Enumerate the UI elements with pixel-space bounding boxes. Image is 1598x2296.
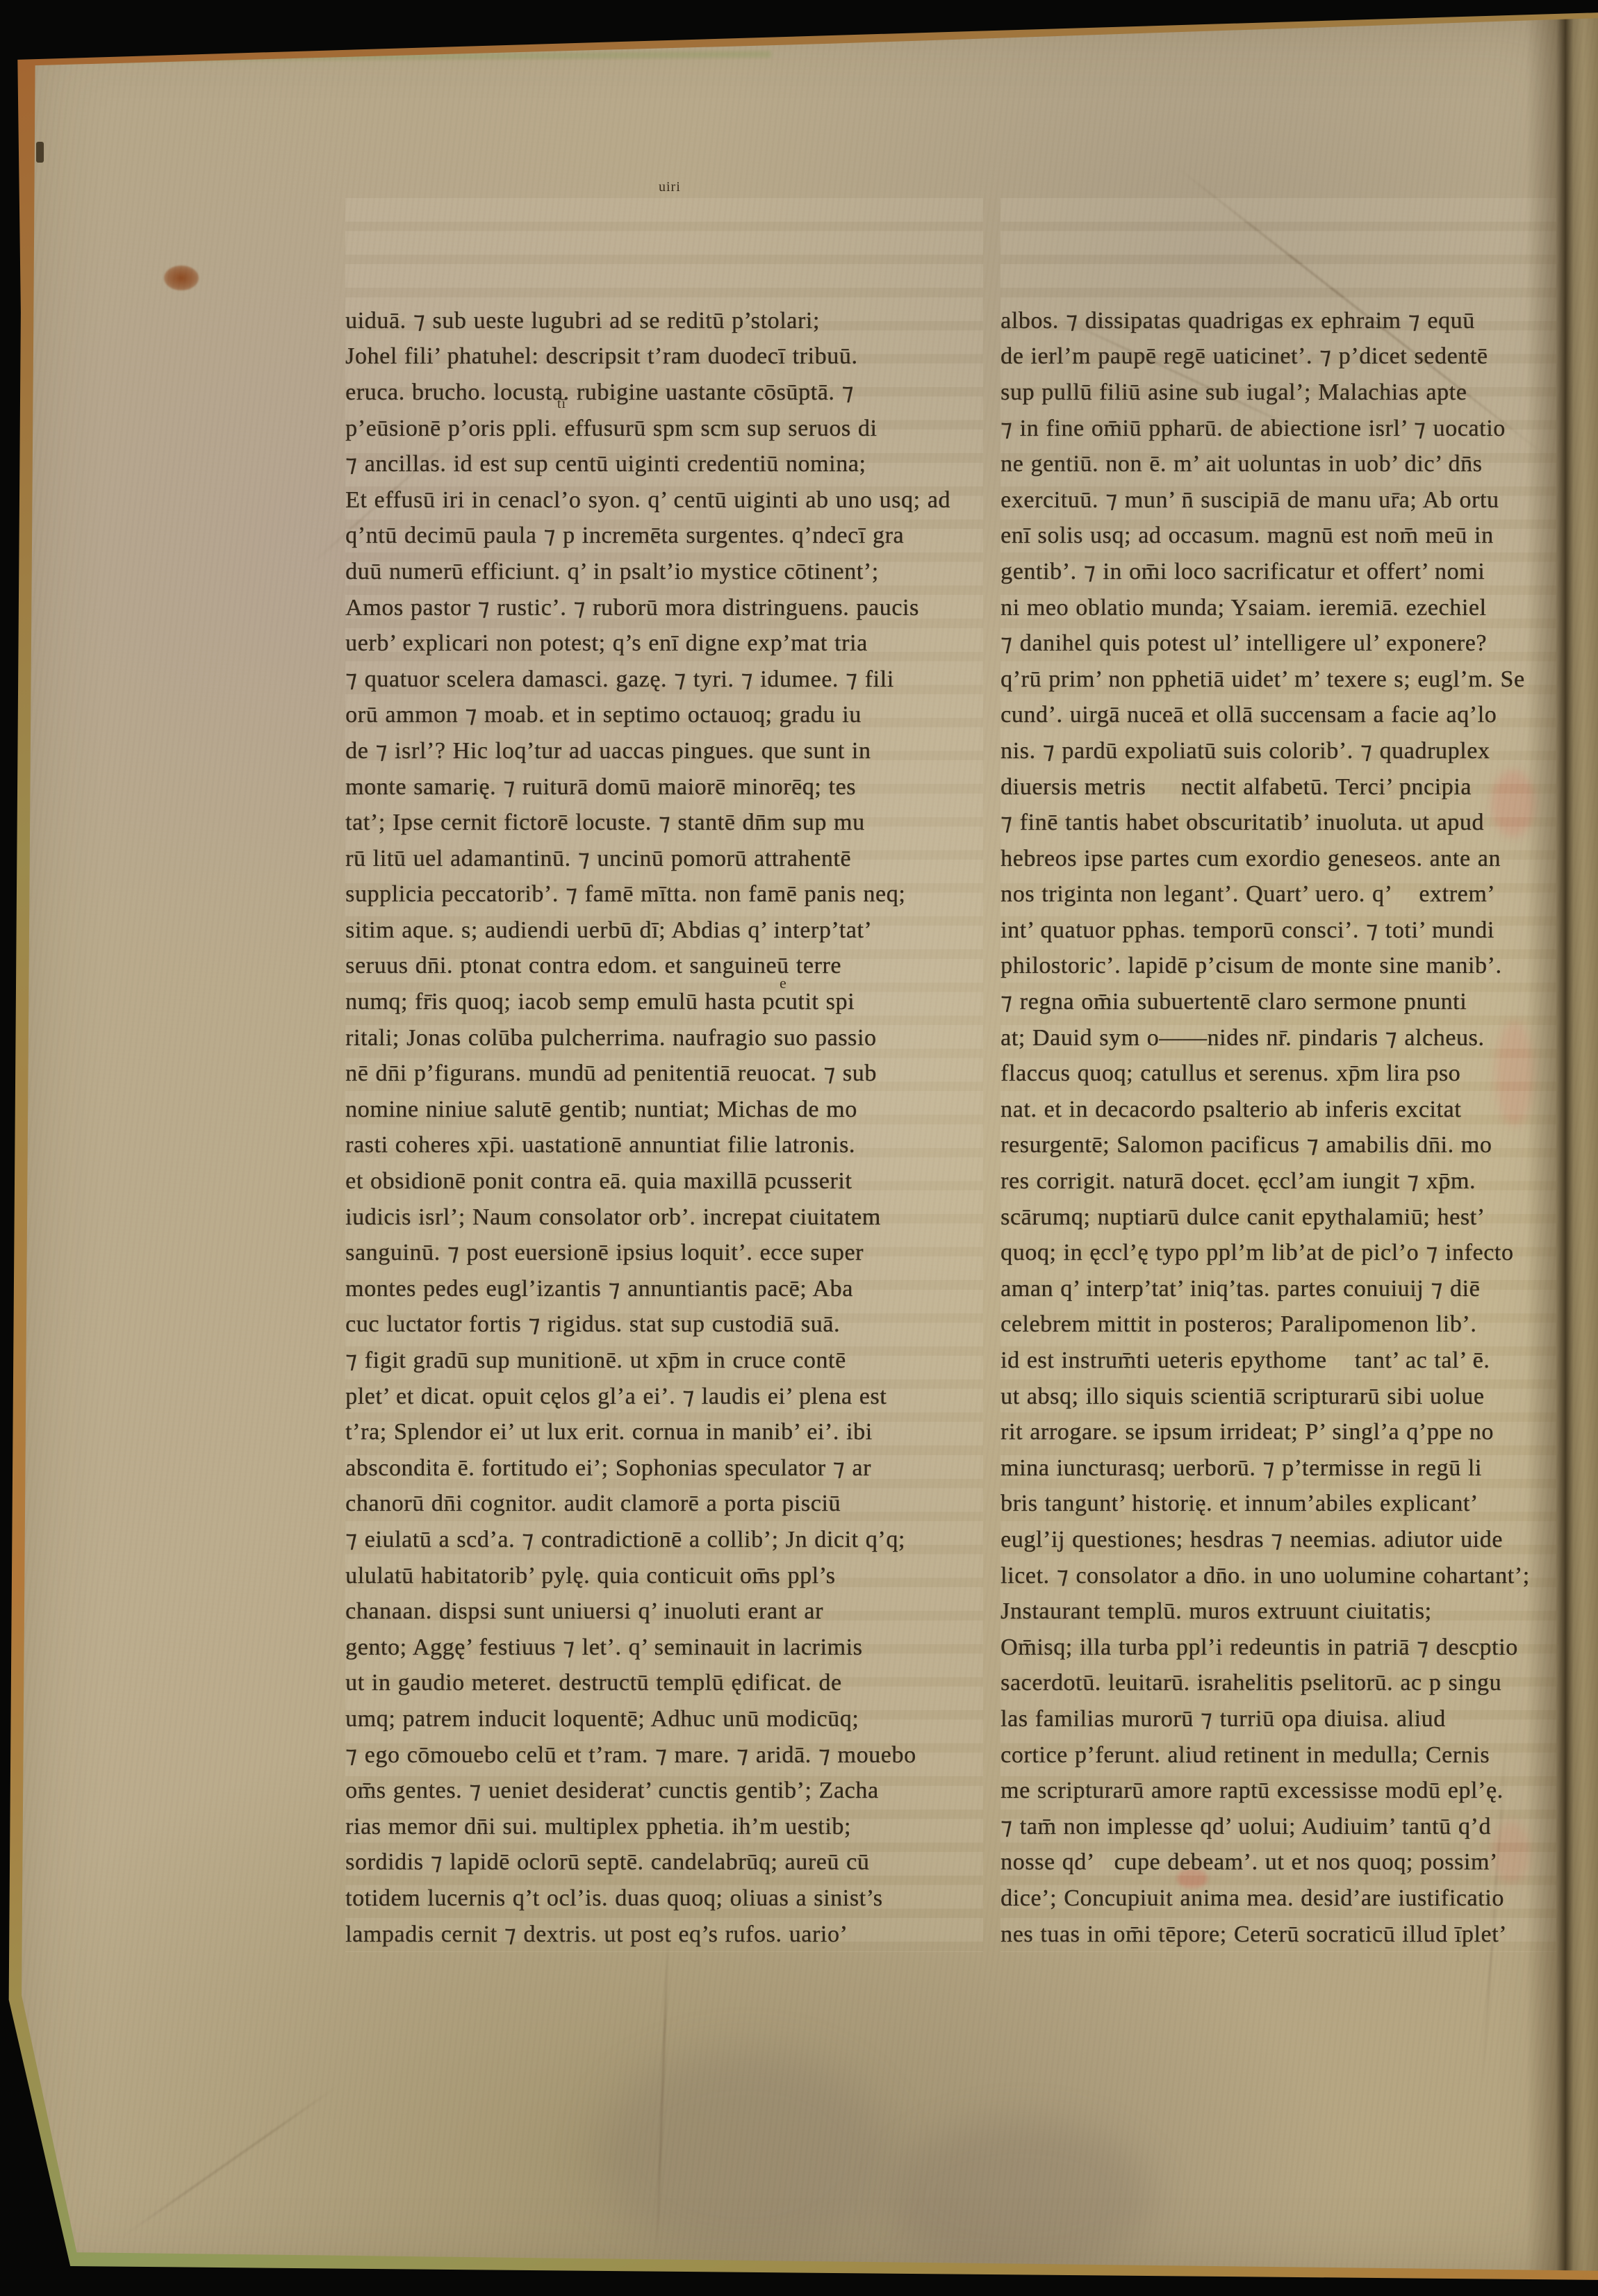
pink-stain: [1492, 1821, 1530, 1883]
edge-vignette: [0, 0, 1598, 2296]
manuscript-line: iudicis isrl’; Naum consolator orb’. inc…: [345, 1199, 983, 1236]
manuscript-line: sanguinū. ⁊ post euersionē ipsius loquit…: [345, 1235, 983, 1271]
parchment-crease: [312, 423, 468, 564]
manuscript-line: resurgentē; Salomon pacificus ⁊ amabilis…: [1000, 1127, 1556, 1163]
book-gutter-shadow: [1526, 0, 1598, 2296]
manuscript-line: seruus dn̄i. ptonat contra edom. et sang…: [345, 948, 983, 984]
manuscript-line: ⁊ quatuor scelera damasci. gazę. ⁊ tyri.…: [345, 662, 983, 698]
rust-stain: [164, 265, 199, 290]
manuscript-line: umq; patrem inducit loquentē; Adhuc unū …: [345, 1701, 983, 1737]
parchment-folio: uiduā. ⁊ sub ueste lugubri ad se reditū …: [0, 0, 1598, 2296]
manuscript-line: Jnstaurant templū. muros extruunt ciuita…: [1000, 1593, 1556, 1630]
text-column-left: uiduā. ⁊ sub ueste lugubri ad se reditū …: [345, 195, 983, 1952]
manuscript-line: quoq; in ęccl’ę typo ppl’m lib’at de pic…: [1000, 1235, 1556, 1271]
manuscript-line: plet’ et dicat. opuit cęlos gl’a ei’. ⁊ …: [345, 1379, 983, 1415]
manuscript-line: t’ra; Splendor ei’ ut lux erit. cornua i…: [345, 1414, 983, 1450]
manuscript-line: las familias murorū ⁊ turriū opa diuisa.…: [1000, 1701, 1556, 1737]
manuscript-line: sacerdotū. leuitarū. israhelitis pselito…: [1000, 1665, 1556, 1701]
manuscript-line: gento; Aggę’ festiuus ⁊ let’. q’ seminau…: [345, 1630, 983, 1666]
manuscript-line: mina iuncturasq; uerborū. ⁊ p’termisse i…: [1000, 1450, 1556, 1486]
manuscript-line: me scripturarū amore raptū excessisse mo…: [1000, 1773, 1556, 1809]
manuscript-line: celebrem mittit in posteros; Paralipomen…: [1000, 1306, 1556, 1343]
manuscript-line: duū numerū efficiunt. q’ in psalt’io mys…: [345, 554, 983, 590]
manuscript-line: rasti coheres xp̄i. uastationē annuntiat…: [345, 1127, 983, 1163]
parchment-crease: [656, 1925, 670, 2258]
manuscript-line: albos. ⁊ dissipatas quadrigas ex ephraim…: [1000, 303, 1556, 339]
manuscript-line: int’ quatuor pphas. temporū consci’. ⁊ t…: [1000, 912, 1556, 949]
manuscript-line: numq; fr̄is quoq; iacob semp emulū hasta…: [345, 984, 983, 1020]
manuscript-line: de ⁊ isrl’? Hic loq’tur ad uaccas pingue…: [345, 733, 983, 769]
manuscript-line: ⁊ ancillas. id est sup centū uiginti cre…: [345, 446, 983, 482]
manuscript-line: chanorū dn̄i cognitor. audit clamorē a p…: [345, 1486, 983, 1522]
manuscript-line: exercituū. ⁊ mun’ n̄ suscipiā de manu ur…: [1000, 482, 1556, 518]
manuscript-line: id est instrum̄ti ueteris epythome tant’…: [1000, 1343, 1556, 1379]
manuscript-line: q’rū prim’ non pphetiā uidet’ m’ texere …: [1000, 662, 1556, 698]
interlinear-gloss: uiri: [659, 179, 681, 195]
manuscript-line: orū ammon ⁊ moab. et in septimo octauoq;…: [345, 697, 983, 733]
manuscript-line: ⁊ danihel quis potest ul’ intelligere ul…: [1000, 625, 1556, 662]
manuscript-line: dice’; Concupiuit anima mea. desid’are i…: [1000, 1880, 1556, 1917]
manuscript-line: res corrigit. naturā docet. ęccl’am iung…: [1000, 1163, 1556, 1199]
manuscript-line: scārumq; nuptiarū dulce canit epythalami…: [1000, 1199, 1556, 1236]
parchment-crease: [122, 2085, 339, 2238]
manuscript-line: nos triginta non legant’. Quart’ uero. q…: [1000, 876, 1556, 912]
manuscript-line: tat’; Ipse cernit fictorē locuste. ⁊ sta…: [345, 805, 983, 841]
photograph-background: uiduā. ⁊ sub ueste lugubri ad se reditū …: [0, 0, 1598, 2296]
manuscript-line: cuc luctator fortis ⁊ rigidus. stat sup …: [345, 1306, 983, 1343]
manuscript-line: montes pedes eugl’izantis ⁊ annuntiantis…: [345, 1271, 983, 1307]
manuscript-line: ut absq; illo siquis scientiā scripturar…: [1000, 1379, 1556, 1415]
parchment-crease: [1176, 166, 1550, 459]
manuscript-line: Amos pastor ⁊ rustic’. ⁊ ruborū mora dis…: [345, 590, 983, 626]
manuscript-line: eruca. brucho. locusta. rubigine uastant…: [345, 375, 983, 411]
manuscript-line: sordidis ⁊ lapidē oclorū septē. candelab…: [345, 1844, 983, 1880]
manuscript-line: aman q’ interp’tat’ iniq’tas. partes con…: [1000, 1271, 1556, 1307]
manuscript-line: totidem lucernis q’t ocl’is. duas quoq; …: [345, 1880, 983, 1917]
manuscript-line: nat. et in decacordo psalterio ab inferi…: [1000, 1092, 1556, 1128]
manuscript-line: ne gentiū. non ē. m’ ait uoluntas in uob…: [1000, 446, 1556, 482]
grey-blotch: [598, 2050, 889, 2258]
manuscript-line: eugl’ij questiones; hesdras ⁊ neemias. a…: [1000, 1522, 1556, 1558]
manuscript-line: chanaan. dispsi sunt uniuersi q’ inuolut…: [345, 1593, 983, 1630]
manuscript-line: ⁊ regna om̄ia subuertentē claro sermone …: [1000, 984, 1556, 1020]
manuscript-line: ululatū habitatorib’ pylę. quia conticui…: [345, 1558, 983, 1594]
manuscript-line: p’eūsionē p’oris ppli. effusurū spm scm …: [345, 411, 983, 447]
manuscript-line: ⁊ tam̄ non implesse qd’ uolui; Audiuim’ …: [1000, 1809, 1556, 1845]
manuscript-line: ritali; Jonas colūba pulcherrima. naufra…: [345, 1020, 983, 1056]
manuscript-line: ⁊ ego cōmouebo celū et t’ram. ⁊ mare. ⁊ …: [345, 1737, 983, 1773]
manuscript-line: Et effusū iri in cenacl’o syon. q’ centū…: [345, 482, 983, 518]
manuscript-line: cortice p’ferunt. aliud retinent in medu…: [1000, 1737, 1556, 1773]
manuscript-line: nē dn̄i p’figurans. mundū ad penitentiā …: [345, 1056, 983, 1092]
manuscript-line: et obsidionē ponit contra eā. quia maxil…: [345, 1163, 983, 1199]
manuscript-line: nomine niniue salutē gentib; nuntiat; Mi…: [345, 1092, 983, 1128]
manuscript-line: at; Dauid sym o——nides nr̄. pindaris ⁊ a…: [1000, 1020, 1556, 1056]
parchment-crease: [1481, 1724, 1508, 2085]
manuscript-line: cund’. uirgā nuceā et ollā succensam a f…: [1000, 697, 1556, 733]
manuscript-line: uiduā. ⁊ sub ueste lugubri ad se reditū …: [345, 303, 983, 339]
pink-stain: [1491, 770, 1535, 837]
manuscript-line: lampadis cernit ⁊ dextris. ut post eq’s …: [345, 1917, 983, 1953]
manuscript-line: ut in gaudio meteret. destructū templū ę…: [345, 1665, 983, 1701]
manuscript-line: q’ntū decimū paula ⁊ p incremēta surgent…: [345, 518, 983, 554]
manuscript-line: rias memor dn̄i sui. multiplex pphetia. …: [345, 1809, 983, 1845]
manuscript-line: enī solis usq; ad occasum. magnū est nom…: [1000, 518, 1556, 554]
pink-stain: [1177, 1868, 1208, 1889]
text-column-right: albos. ⁊ dissipatas quadrigas ex ephraim…: [1000, 195, 1556, 1952]
manuscript-line: abscondita ē. fortitudo ei’; Sophonias s…: [345, 1450, 983, 1486]
interlinear-gloss: e: [780, 974, 787, 992]
manuscript-line: rū litū uel adamantinū. ⁊ uncinū pomorū …: [345, 841, 983, 877]
manuscript-line: hebreos ipse partes cum exordio geneseos…: [1000, 841, 1556, 877]
grey-blotch: [889, 2119, 1153, 2272]
manuscript-line: diuersis metris nectit alfabetū. Terci’ …: [1000, 769, 1556, 805]
manuscript-line: uerb’ explicari non potest; q’s enī dign…: [345, 625, 983, 662]
manuscript-line: rit arrogare. se ipsum irrideat; P’ sing…: [1000, 1414, 1556, 1450]
manuscript-line: bris tangunt’ historię. et innum’abiles …: [1000, 1486, 1556, 1522]
manuscript-line: ⁊ finē tantis habet obscuritatib’ inuolu…: [1000, 805, 1556, 841]
manuscript-line: ⁊ eiulatū a scd’a. ⁊ contradictionē a co…: [345, 1522, 983, 1558]
manuscript-line: gentib’. ⁊ in om̄i loco sacrificatur et …: [1000, 554, 1556, 590]
manuscript-line: philostoric’. lapidē p’cisum de monte si…: [1000, 948, 1556, 984]
manuscript-line: Johel fili’ phatuhel: descripsit t’ram d…: [345, 338, 983, 375]
manuscript-line: licet. ⁊ consolator a dn̄o. in uno uolum…: [1000, 1558, 1556, 1594]
manuscript-line: de ierl’m paupē regē uaticinet’. ⁊ p’dic…: [1000, 338, 1556, 375]
manuscript-line: supplicia peccatorib’. ⁊ famē mītta. non…: [345, 876, 983, 912]
manuscript-line: nosse qd’ cupe debeam’. ut et nos quoq; …: [1000, 1844, 1556, 1880]
manuscript-line: nes tuas in om̄i tēpore; Ceterū socratic…: [1000, 1917, 1556, 1953]
manuscript-line: om̄s gentes. ⁊ ueniet desiderat’ cunctis…: [345, 1773, 983, 1809]
manuscript-line: ni meo oblatio munda; Ysaiam. ieremiā. e…: [1000, 590, 1556, 626]
manuscript-line: ⁊ figit gradū sup munitionē. ut xp̄m in …: [345, 1343, 983, 1379]
manuscript-line: nis. ⁊ pardū expoliatū suis colorib’. ⁊ …: [1000, 733, 1556, 769]
pink-stain: [1495, 1022, 1534, 1126]
interlinear-gloss: tī: [557, 396, 566, 412]
parchment-crease: [1050, 313, 1315, 438]
manuscript-line: ⁊ in fine om̄iū ppharū. de abiectione is…: [1000, 411, 1556, 447]
manuscript-line: Om̄isq; illa turba ppl’i redeuntis in pa…: [1000, 1630, 1556, 1666]
manuscript-line: sup pullū filiū asine sub iugal’; Malach…: [1000, 375, 1556, 411]
manuscript-line: sitim aque. s; audiendi uerbū dī; Abdias…: [345, 912, 983, 949]
manuscript-line: monte samarię. ⁊ ruiturā domū maiorē min…: [345, 769, 983, 805]
manuscript-line: flaccus quoq; catullus et serenus. xp̄m …: [1000, 1056, 1556, 1092]
ink-speck: [36, 142, 44, 163]
